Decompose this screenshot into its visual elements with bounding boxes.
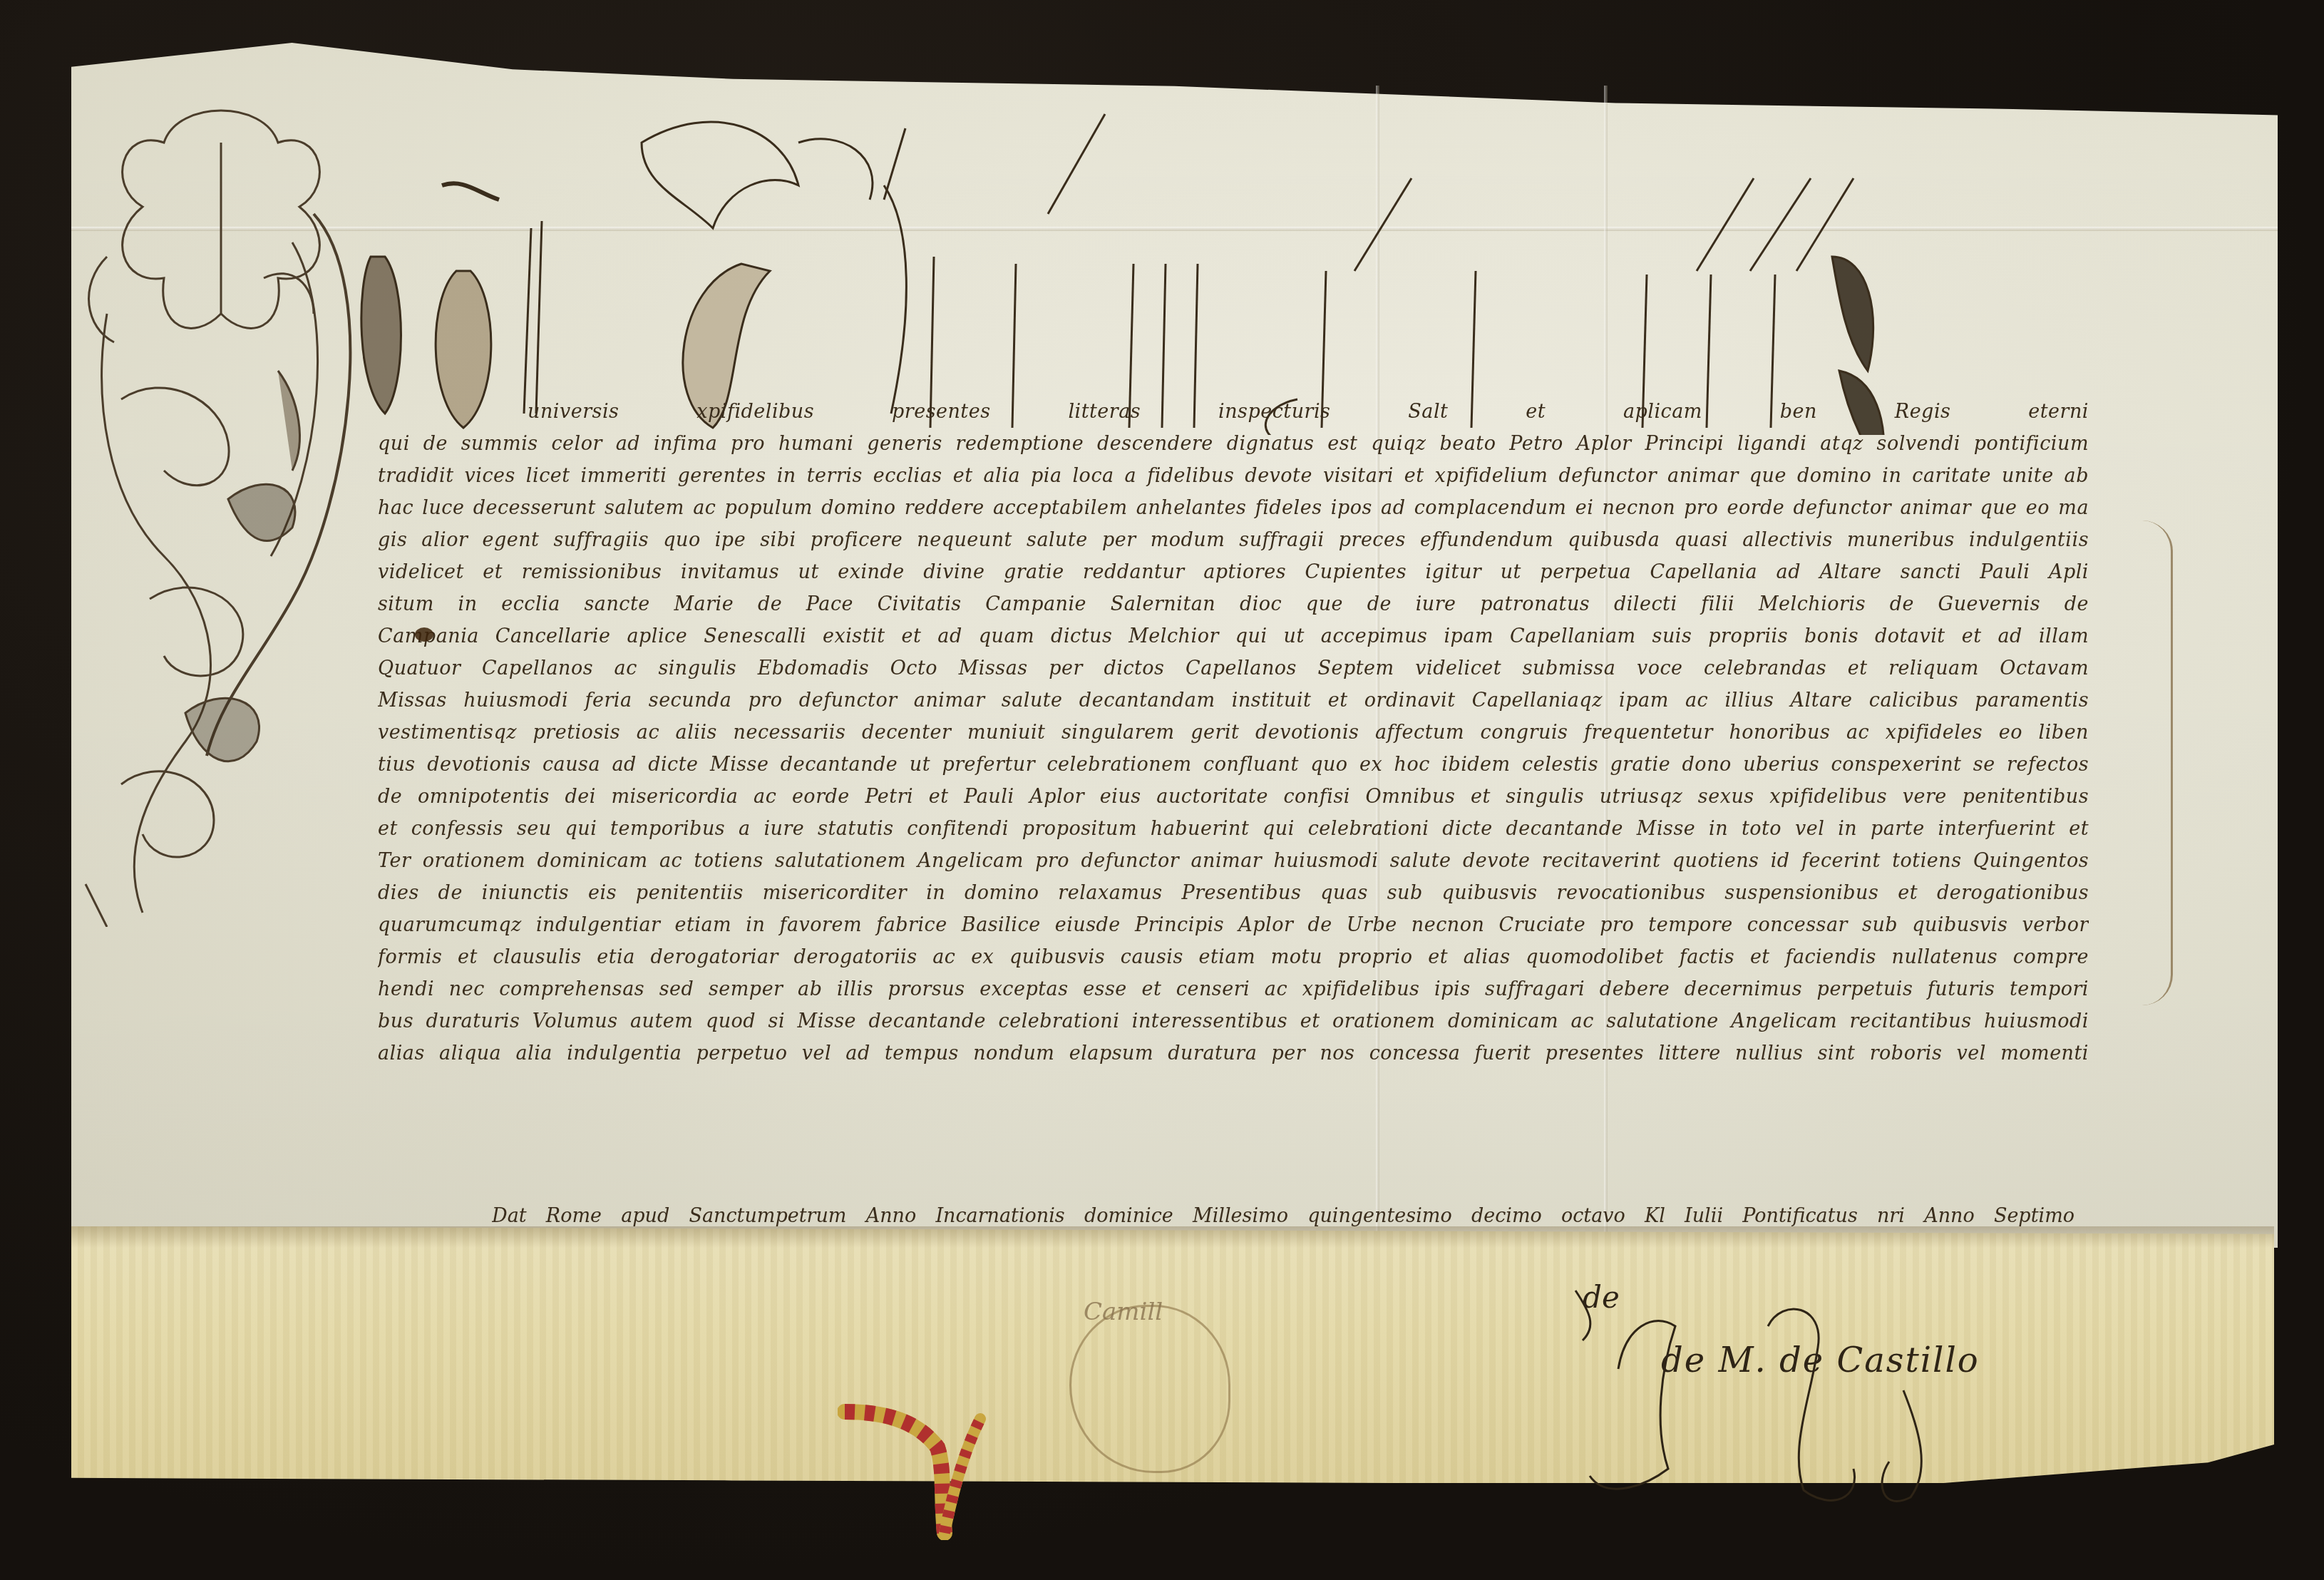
- text-line: quarumcumqz indulgentiar etiam in favore…: [378, 909, 2089, 941]
- elongated-litterae-heading: [342, 100, 2096, 435]
- scribe-signature-flourish: [1533, 1283, 2032, 1512]
- margin-bracket: [2142, 520, 2173, 1005]
- text-line: hendi nec comprehensas sed semper ab ill…: [378, 973, 2089, 1005]
- text-line: gis alior egent suffragiis quo ipe sibi …: [378, 524, 2089, 556]
- plica-shadow: [71, 1226, 2274, 1248]
- text-line: videlicet et remissionibus invitamus ut …: [378, 556, 2089, 588]
- text-line: tradidit vices licet immeriti gerentes i…: [378, 460, 2089, 492]
- registry-note: Camill: [1084, 1298, 1163, 1326]
- text-line: Missas huiusmodi feria secunda pro defun…: [378, 684, 2089, 717]
- text-line: tius devotionis causa ad dicte Misse dec…: [378, 749, 2089, 781]
- signature-prefix: de: [1583, 1280, 1620, 1315]
- text-line: de omnipotentis dei misericordia ac eord…: [378, 781, 2089, 813]
- text-line: alias aliqua alia indulgentia perpetuo v…: [378, 1037, 2089, 1069]
- text-line: Campania Cancellarie aplice Senescalli e…: [378, 620, 2089, 652]
- text-line: qui de summis celor ad infima pro humani…: [378, 428, 2089, 460]
- text-line: et confessis seu qui temporibus a iure s…: [378, 813, 2089, 845]
- ink-hole-stain: [415, 627, 433, 642]
- signature-name: de M. de Castillo: [1661, 1340, 1980, 1380]
- floral-ornament-border: [78, 100, 378, 927]
- text-line: vestimentisqz pretiosis ac aliis necessa…: [378, 717, 2089, 749]
- text-line: Ter orationem dominicam ac totiens salut…: [378, 845, 2089, 877]
- text-line: bus duraturis Volumus autem quod si Miss…: [378, 1005, 2089, 1037]
- text-line: situm in ecclia sancte Marie de Pace Civ…: [378, 588, 2089, 620]
- text-line: Quatuor Capellanos ac singulis Ebdomadis…: [378, 652, 2089, 684]
- text-line: hac luce decesserunt salutem ac populum …: [378, 492, 2089, 524]
- text-line: formis et clausulis etia derogatoriar de…: [378, 941, 2089, 973]
- text-line: dies de iniunctis eis penitentiis miseri…: [378, 877, 2089, 909]
- seal-cord: [838, 1397, 1016, 1540]
- dating-clause: Dat Rome apud Sanctumpetrum Anno Incarna…: [492, 1205, 2074, 1227]
- text-line: universis xpifidelibus presentes littera…: [378, 396, 2089, 428]
- bull-text-block: universis xpifidelibus presentes littera…: [378, 396, 2089, 1069]
